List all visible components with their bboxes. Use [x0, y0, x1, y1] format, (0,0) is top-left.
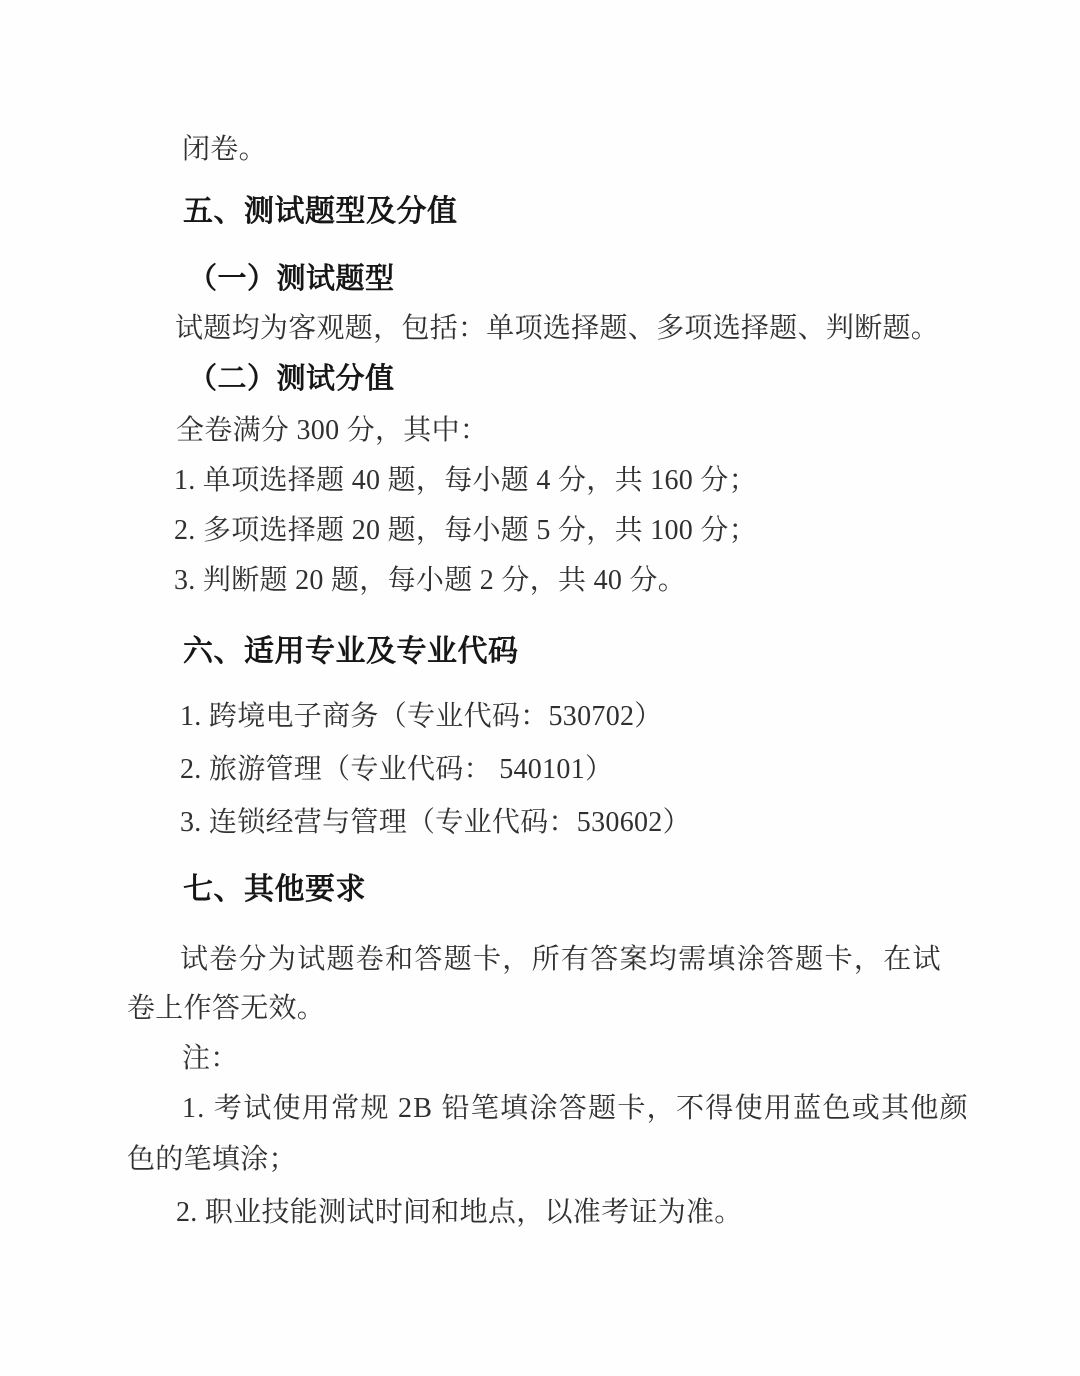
- subheading-5-1-question-types: （一）测试题型: [188, 262, 395, 297]
- list-item-major-tourism-management: 2. 旅游管理（专业代码： 540101）: [180, 753, 613, 787]
- heading-section-6-applicable-majors: 六、适用专业及专业代码: [183, 634, 519, 670]
- note-item-1-line-1: 1. 考试使用常规 2B 铅笔填涂答题卡，不得使用蓝色或其他颜: [182, 1092, 969, 1126]
- heading-section-7-other-requirements: 七、其他要求: [183, 872, 366, 908]
- list-item-single-choice-score: 1. 单项选择题 40 题，每小题 4 分，共 160 分；: [174, 464, 757, 498]
- note-item-2: 2. 职业技能测试时间和地点，以准考证为准。: [176, 1196, 743, 1230]
- subheading-5-2-test-scores: （二）测试分值: [188, 362, 395, 397]
- paragraph-answer-sheet-line-2: 卷上作答无效。: [127, 992, 325, 1026]
- paragraph-answer-sheet-line-1: 试卷分为试题卷和答题卡，所有答案均需填涂答题卡，在试: [180, 943, 942, 977]
- note-item-1-line-2: 色的笔填涂；: [127, 1143, 297, 1177]
- paragraph-total-score-intro: 全卷满分 300 分，其中：: [176, 414, 488, 448]
- paragraph-question-types-body: 试题均为客观题，包括：单项选择题、多项选择题、判断题。: [175, 312, 939, 346]
- list-item-major-cross-border-ecommerce: 1. 跨境电子商务（专业代码：530702）: [180, 700, 663, 734]
- heading-section-5-question-types-and-scores: 五、测试题型及分值: [183, 194, 458, 230]
- list-item-major-chain-operation-management: 3. 连锁经营与管理（专业代码：530602）: [180, 806, 691, 840]
- note-label: 注：: [182, 1042, 239, 1076]
- list-item-multi-choice-score: 2. 多项选择题 20 题，每小题 5 分，共 100 分；: [174, 514, 757, 548]
- paragraph-closed-book-tail: 闭卷。: [182, 133, 267, 167]
- document-page: 闭卷。 五、测试题型及分值 （一）测试题型 试题均为客观题，包括：单项选择题、多…: [0, 0, 1080, 1376]
- list-item-true-false-score: 3. 判断题 20 题，每小题 2 分，共 40 分。: [174, 564, 686, 598]
